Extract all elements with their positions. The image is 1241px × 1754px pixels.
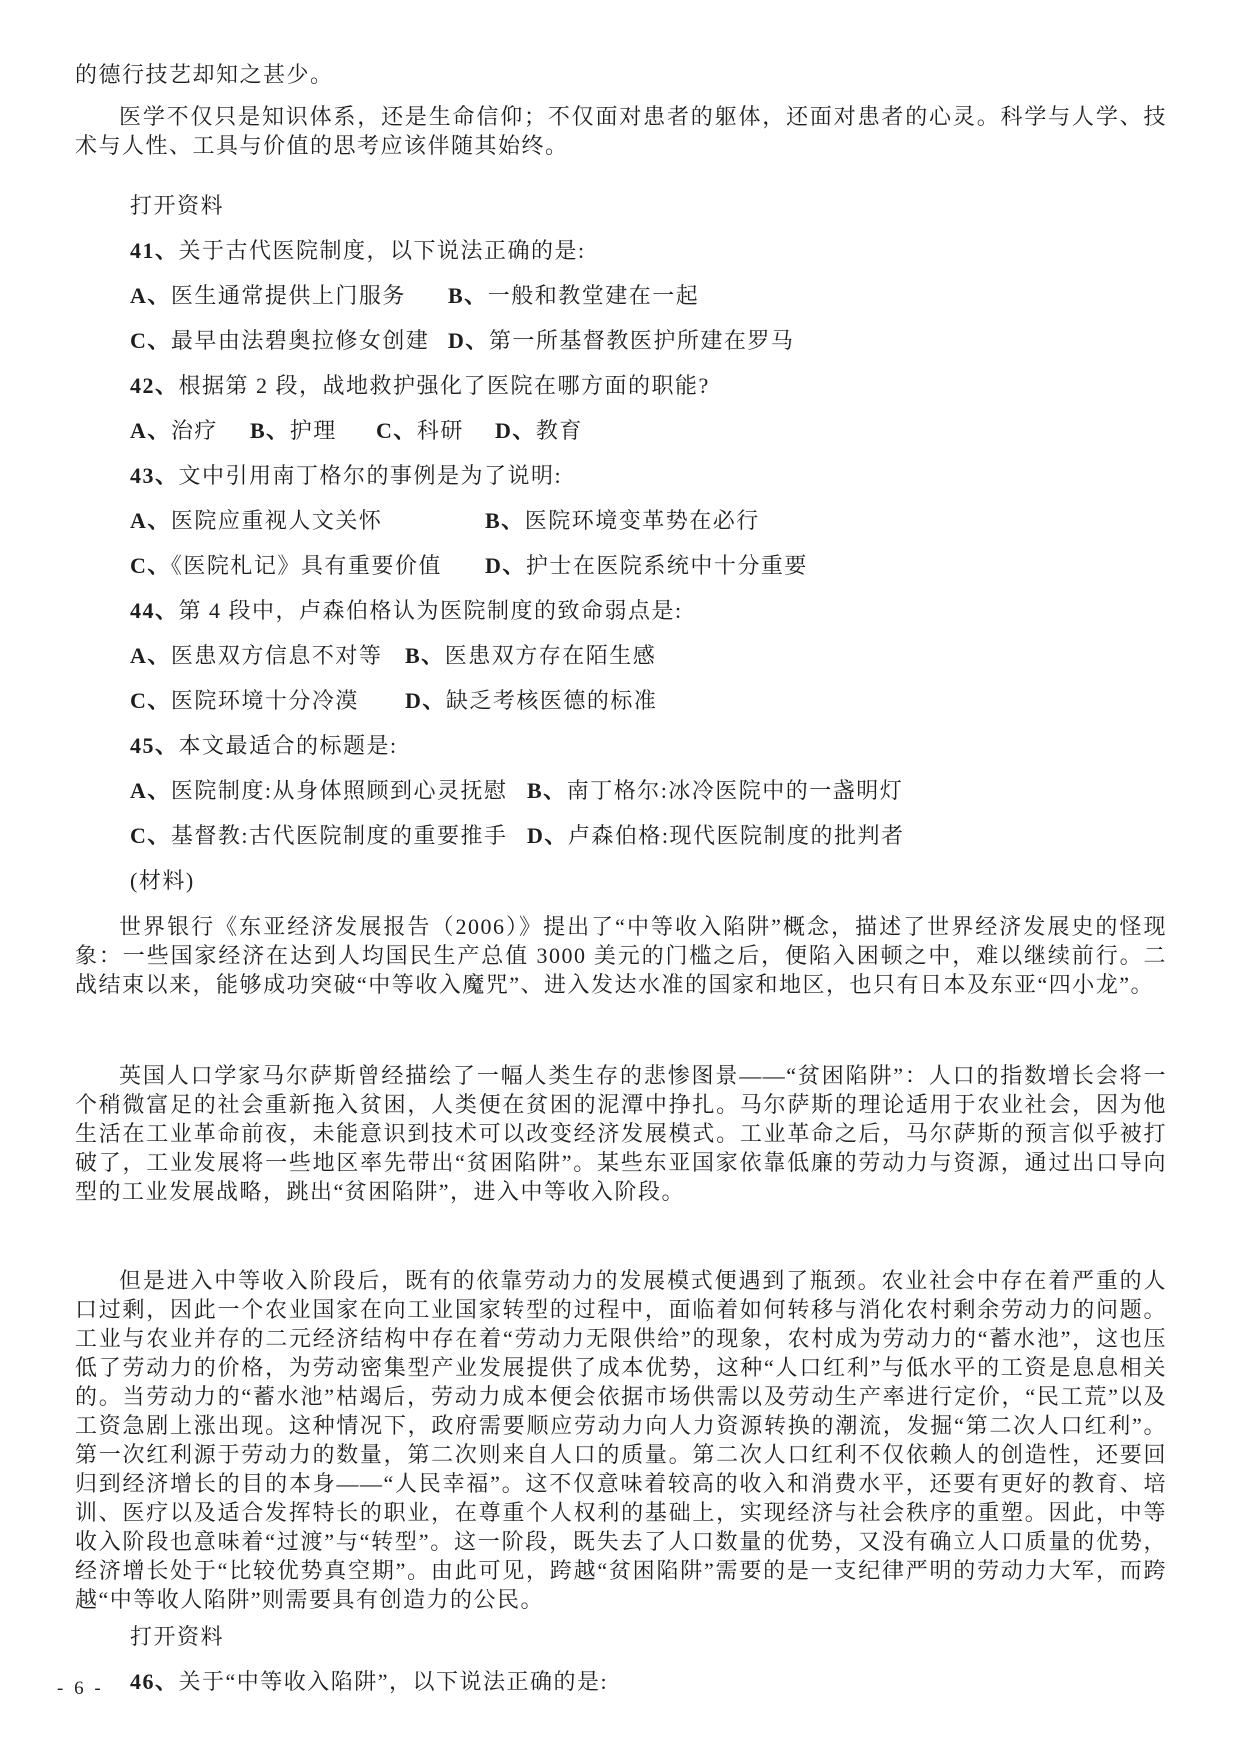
passage-middle-income: 但是进入中等收入阶段后，既有的依靠劳动力的发展模式便遇到了瓶颈。农业社会中存在着… <box>75 1266 1167 1614</box>
option-item: C、医院环境十分冷漠 <box>130 686 405 716</box>
question-stem: 文中引用南丁格尔的事例是为了说明: <box>179 463 563 488</box>
question-stem-line: 43、文中引用南丁格尔的事例是为了说明: <box>75 461 1167 491</box>
option-letter: B、 <box>485 508 525 533</box>
option-row: A、医患双方信息不对等B、医患双方存在陌生感 <box>75 641 1167 671</box>
option-item: D、缺乏考核医德的标准 <box>405 686 657 716</box>
option-letter: B、 <box>448 283 488 308</box>
option-text: 医院应重视人文关怀 <box>171 508 383 533</box>
option-item: B、一般和教堂建在一起 <box>448 281 699 311</box>
option-letter: C、 <box>376 418 417 443</box>
carryover-line: 的德行技艺却知之甚少。 <box>75 60 1167 90</box>
page-content: 的德行技艺却知之甚少。 医学不仅只是知识体系，还是生命信仰；不仅面对患者的躯体，… <box>75 60 1167 1697</box>
open-material-link-bottom[interactable]: 打开资料 <box>75 1622 1167 1652</box>
option-item: D、第一所基督教医护所建在罗马 <box>448 326 794 356</box>
question-stem: 根据第 2 段，战地救护强化了医院在哪方面的职能? <box>179 373 710 398</box>
option-text: 医生通常提供上门服务 <box>171 283 406 308</box>
option-text: 医患双方存在陌生感 <box>445 643 657 668</box>
question-46: 46、关于“中等收入陷阱”，以下说法正确的是: <box>75 1667 1167 1697</box>
option-text: 医患双方信息不对等 <box>171 643 383 668</box>
question-number: 43、 <box>130 463 179 488</box>
page-number: - 6 - <box>57 1678 104 1700</box>
option-letter: C、 <box>130 328 171 353</box>
passage-malthus: 英国人口学家马尔萨斯曾经描绘了一幅人类生存的悲惨图景——“贫困陷阱”：人口的指数… <box>75 1061 1167 1206</box>
option-item: A、医院应重视人文关怀 <box>130 506 485 536</box>
option-item: C、最早由法碧奥拉修女创建 <box>130 326 448 356</box>
option-text: 最早由法碧奥拉修女创建 <box>171 328 430 353</box>
option-text: 护士在医院系统中十分重要 <box>526 553 808 578</box>
option-text: 护理 <box>290 418 337 443</box>
option-letter: A、 <box>130 418 171 443</box>
option-letter: C、 <box>130 553 171 578</box>
option-row: A、医生通常提供上门服务B、一般和教堂建在一起 <box>75 281 1167 311</box>
option-letter: B、 <box>527 778 567 803</box>
option-text: 医院环境十分冷漠 <box>171 688 359 713</box>
question-stem: 关于古代医院制度，以下说法正确的是: <box>179 238 586 263</box>
option-row: C、《医院札记》具有重要价值D、护士在医院系统中十分重要 <box>75 551 1167 581</box>
option-letter: A、 <box>130 508 171 533</box>
question-number: 45、 <box>130 733 179 758</box>
option-item: A、医生通常提供上门服务 <box>130 281 448 311</box>
option-item: D、教育 <box>495 416 583 446</box>
question-number: 46、 <box>130 1669 179 1694</box>
question-stem-line: 45、本文最适合的标题是: <box>75 731 1167 761</box>
option-text: 教育 <box>536 418 583 443</box>
question-stem: 第 4 段中，卢森伯格认为医院制度的致命弱点是: <box>179 598 683 623</box>
question-stem-line: 41、关于古代医院制度，以下说法正确的是: <box>75 236 1167 266</box>
option-row: A、治疗B、护理C、科研D、教育 <box>75 416 1167 446</box>
question-45: 45、本文最适合的标题是: A、医院制度:从身体照顾到心灵抚慰B、南丁格尔:冰冷… <box>75 731 1167 851</box>
option-item: B、医院环境变革势在必行 <box>485 506 760 536</box>
option-item: B、南丁格尔:冰冷医院中的一盏明灯 <box>527 776 903 806</box>
question-41: 41、关于古代医院制度，以下说法正确的是: A、医生通常提供上门服务B、一般和教… <box>75 236 1167 356</box>
option-row: C、医院环境十分冷漠D、缺乏考核医德的标准 <box>75 686 1167 716</box>
question-stem-line: 42、根据第 2 段，战地救护强化了医院在哪方面的职能? <box>75 371 1167 401</box>
option-text: 《医院札记》具有重要价值 <box>171 553 442 578</box>
option-letter: D、 <box>448 328 489 353</box>
option-text: 科研 <box>417 418 464 443</box>
option-letter: B、 <box>405 643 445 668</box>
option-text: 医院制度:从身体照顾到心灵抚慰 <box>171 778 508 803</box>
option-text: 一般和教堂建在一起 <box>488 283 700 308</box>
option-item: D、卢森伯格:现代医院制度的批判者 <box>527 821 905 851</box>
question-42: 42、根据第 2 段，战地救护强化了医院在哪方面的职能? A、治疗B、护理C、科… <box>75 371 1167 446</box>
question-44: 44、第 4 段中，卢森伯格认为医院制度的致命弱点是: A、医患双方信息不对等B… <box>75 596 1167 716</box>
question-stem: 关于“中等收入陷阱”，以下说法正确的是: <box>179 1669 609 1694</box>
option-letter: C、 <box>130 823 171 848</box>
option-item: A、医院制度:从身体照顾到心灵抚慰 <box>130 776 527 806</box>
option-letter: A、 <box>130 643 171 668</box>
document-page: 的德行技艺却知之甚少。 医学不仅只是知识体系，还是生命信仰；不仅面对患者的躯体，… <box>0 0 1241 1754</box>
question-number: 41、 <box>130 238 179 263</box>
option-text: 第一所基督教医护所建在罗马 <box>489 328 795 353</box>
option-text: 缺乏考核医德的标准 <box>446 688 658 713</box>
option-item: D、护士在医院系统中十分重要 <box>485 551 808 581</box>
question-number: 42、 <box>130 373 179 398</box>
intro-paragraph: 医学不仅只是知识体系，还是生命信仰；不仅面对患者的躯体，还面对患者的心灵。科学与… <box>75 102 1167 160</box>
option-item: A、医患双方信息不对等 <box>130 641 405 671</box>
option-row: A、医院应重视人文关怀B、医院环境变革势在必行 <box>75 506 1167 536</box>
option-letter: A、 <box>130 283 171 308</box>
option-letter: A、 <box>130 778 171 803</box>
option-letter: D、 <box>527 823 568 848</box>
option-row: C、最早由法碧奥拉修女创建D、第一所基督教医护所建在罗马 <box>75 326 1167 356</box>
material-label: (材料) <box>75 866 1167 896</box>
option-item: C、基督教:古代医院制度的重要推手 <box>130 821 527 851</box>
option-item: B、护理 <box>250 416 376 446</box>
option-item: C、科研 <box>376 416 495 446</box>
question-stem: 本文最适合的标题是: <box>179 733 398 758</box>
question-number: 44、 <box>130 598 179 623</box>
option-text: 基督教:古代医院制度的重要推手 <box>171 823 508 848</box>
option-letter: D、 <box>485 553 526 578</box>
passage-world-bank: 世界银行《东亚经济发展报告（2006）》提出了“中等收入陷阱”概念，描述了世界经… <box>75 912 1167 999</box>
question-stem-line: 44、第 4 段中，卢森伯格认为医院制度的致命弱点是: <box>75 596 1167 626</box>
option-item: C、《医院札记》具有重要价值 <box>130 551 485 581</box>
option-text: 治疗 <box>171 418 218 443</box>
option-row: A、医院制度:从身体照顾到心灵抚慰B、南丁格尔:冰冷医院中的一盏明灯 <box>75 776 1167 806</box>
option-letter: C、 <box>130 688 171 713</box>
option-item: A、治疗 <box>130 416 250 446</box>
question-stem-line: 46、关于“中等收入陷阱”，以下说法正确的是: <box>75 1667 1167 1697</box>
option-letter: D、 <box>495 418 536 443</box>
option-item: B、医患双方存在陌生感 <box>405 641 656 671</box>
option-text: 南丁格尔:冰冷医院中的一盏明灯 <box>567 778 904 803</box>
option-text: 卢森伯格:现代医院制度的批判者 <box>568 823 905 848</box>
option-letter: D、 <box>405 688 446 713</box>
option-row: C、基督教:古代医院制度的重要推手D、卢森伯格:现代医院制度的批判者 <box>75 821 1167 851</box>
open-material-link-top[interactable]: 打开资料 <box>75 191 1167 221</box>
question-43: 43、文中引用南丁格尔的事例是为了说明: A、医院应重视人文关怀B、医院环境变革… <box>75 461 1167 581</box>
option-letter: B、 <box>250 418 290 443</box>
option-text: 医院环境变革势在必行 <box>525 508 760 533</box>
